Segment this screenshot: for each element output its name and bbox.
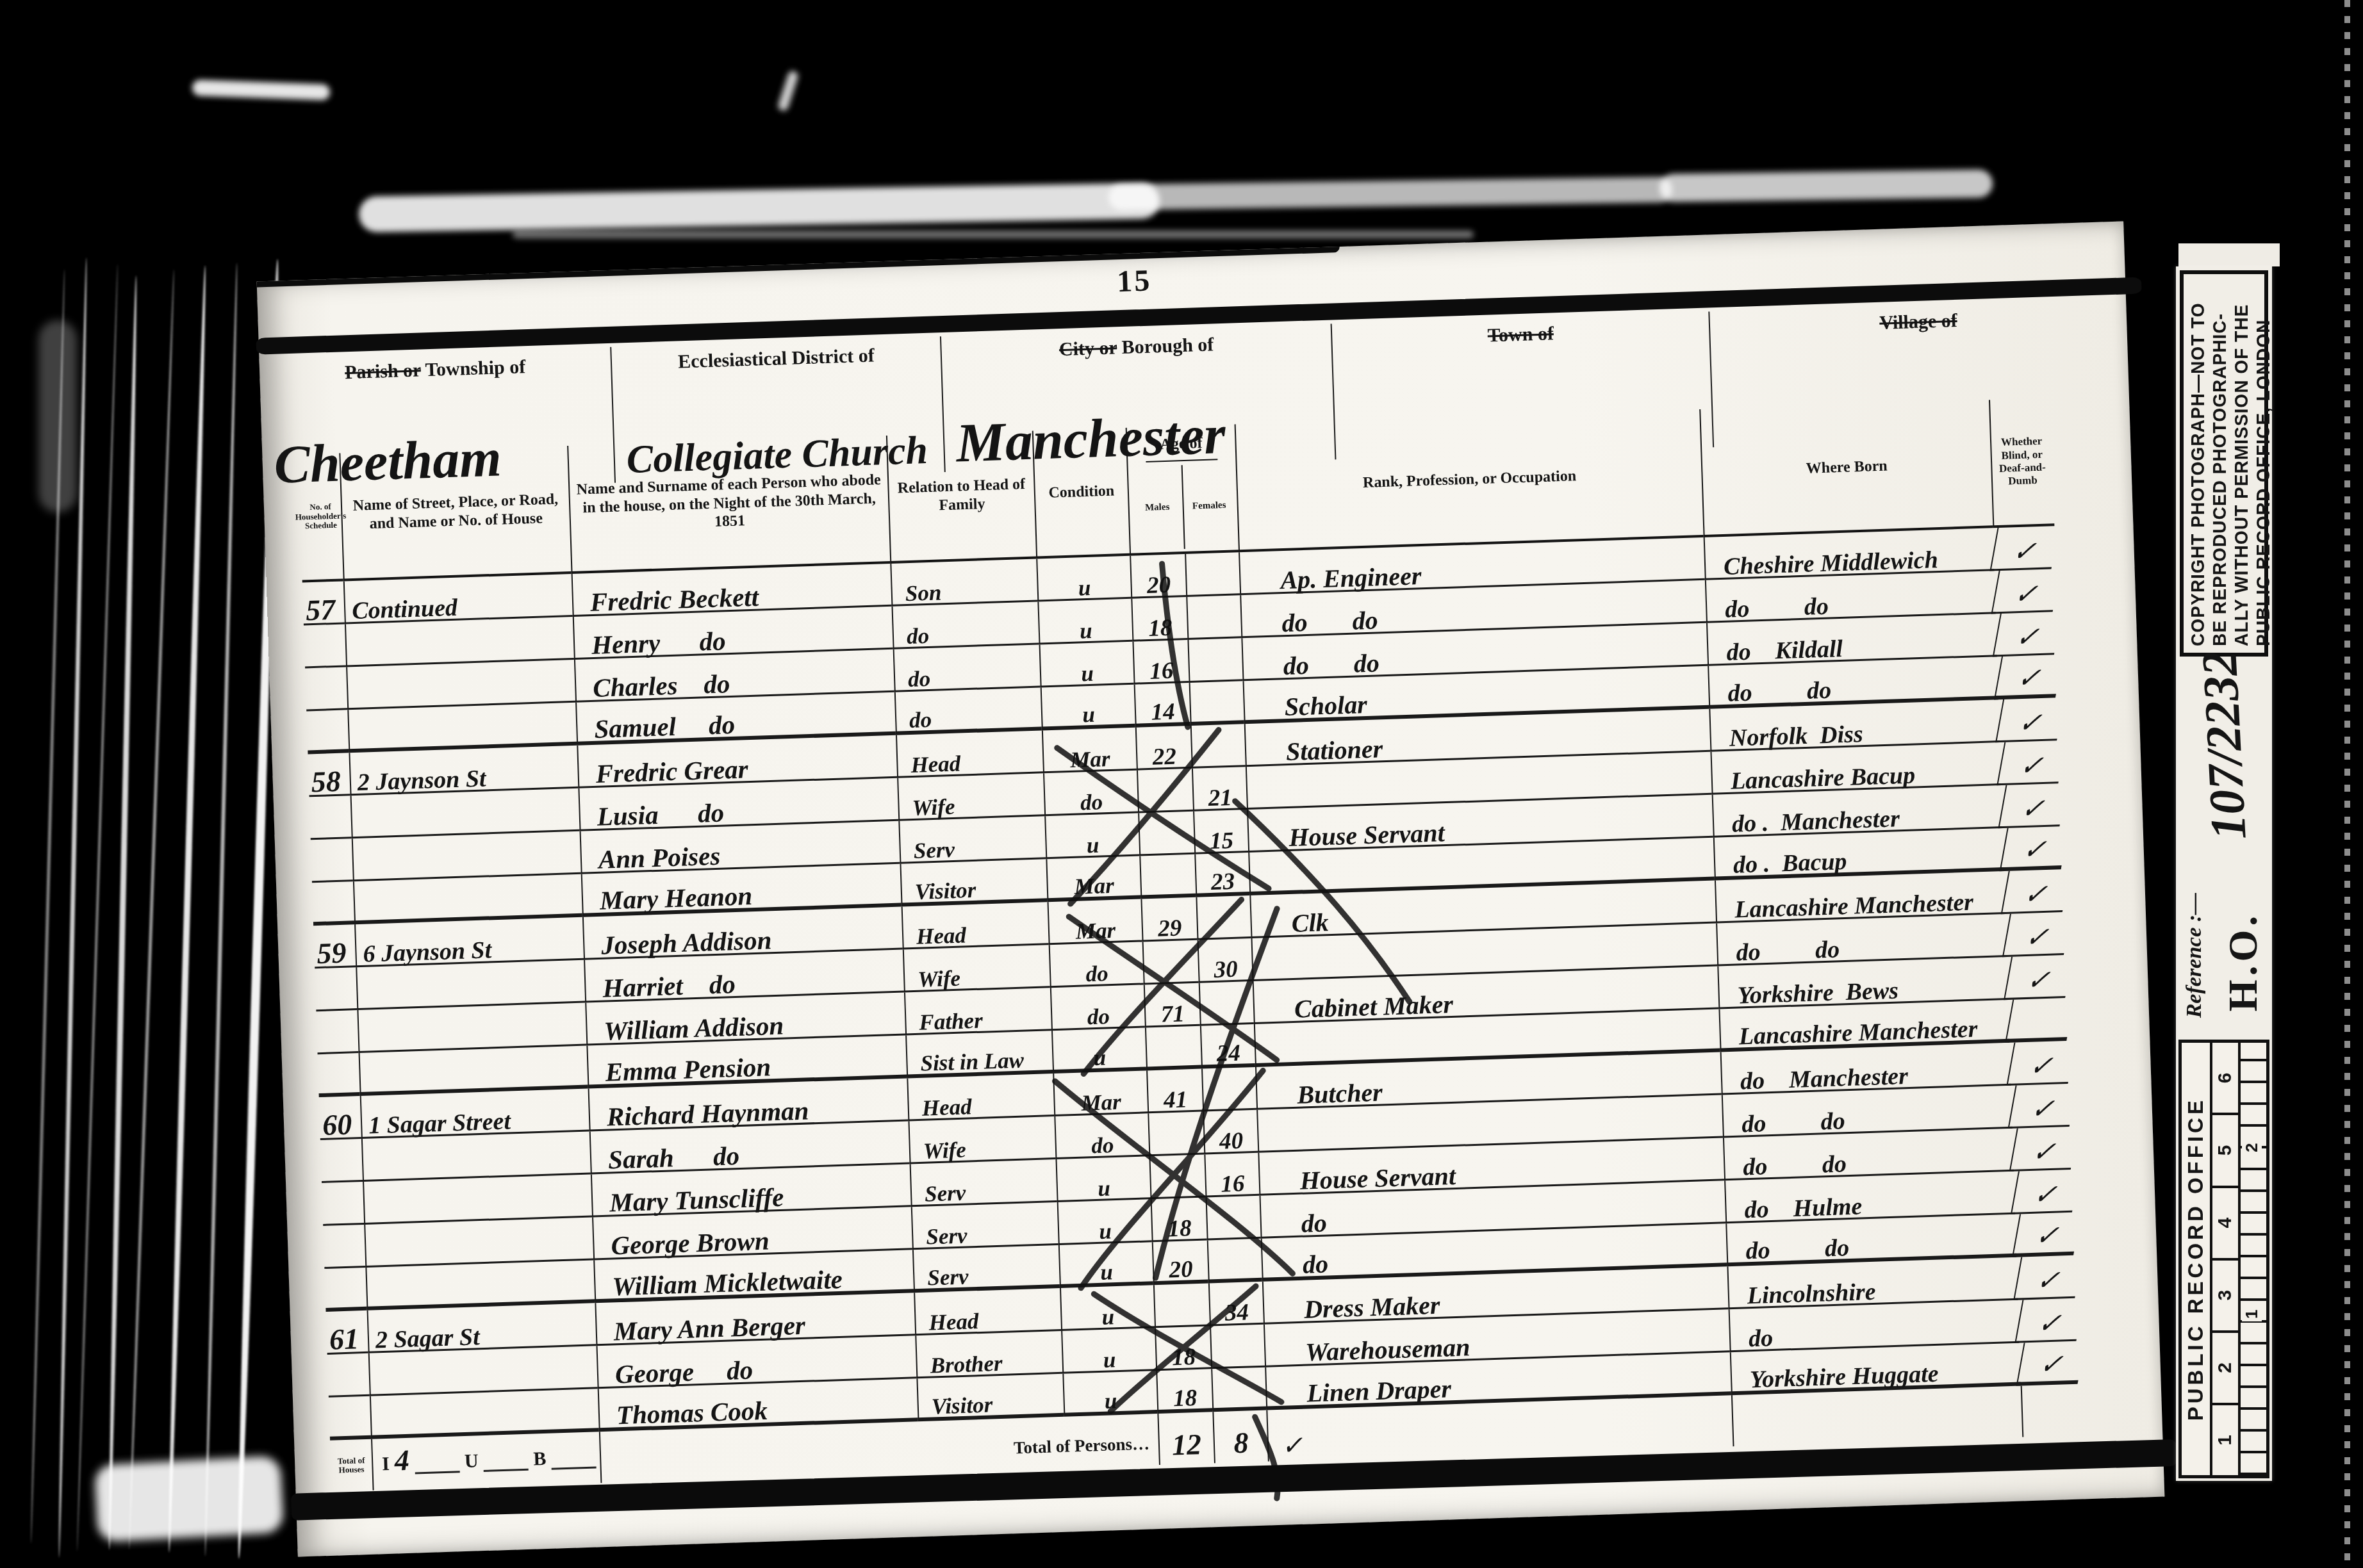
row-tick: ✓ [2001, 869, 2070, 915]
schedule-number [324, 1268, 366, 1312]
street-name [350, 788, 580, 838]
reference-section: Reference :— H.O. [2176, 840, 2272, 1037]
street-name [368, 1346, 598, 1396]
condition: u [1058, 1242, 1153, 1288]
schedule-number: 61 [326, 1311, 368, 1355]
reference-label: Reference :— [2182, 893, 2207, 1018]
row-tick: ✓ [1995, 698, 2064, 743]
age-female [1201, 1067, 1256, 1112]
row-tick: ✓ [2016, 1341, 2086, 1386]
total-males: 12 [1157, 1412, 1214, 1465]
census-page: 15 Parish or Township of Cheetham Eccles… [257, 221, 2165, 1556]
street-name: Continued [343, 574, 573, 624]
schedule-number: 58 [308, 753, 350, 797]
total-houses-values: I4 U B [371, 1432, 600, 1490]
page-top-edge [257, 247, 1340, 288]
row-tick: ✓ [2002, 912, 2071, 958]
age-female: 15 [1193, 810, 1248, 854]
schedule-number [305, 667, 347, 711]
page-number: 15 [1116, 263, 1152, 299]
street-name [353, 874, 582, 924]
row-tick: ✓ [1993, 612, 2062, 657]
borough-label: City or Borough of [941, 330, 1331, 364]
col-occupation: Rank, Profession, or Occupation [1235, 409, 1704, 552]
schedule-number [311, 838, 353, 883]
schedule-number: 60 [319, 1096, 361, 1140]
schedule-number [323, 1225, 365, 1269]
relation: Serv [910, 1159, 1057, 1207]
condition: u [1037, 599, 1132, 645]
row-tick [2005, 998, 2074, 1043]
condition: do [1050, 984, 1145, 1031]
reference-number: 107/2232 [2176, 660, 2272, 840]
age-female [1206, 1196, 1261, 1241]
schedule-number [316, 1010, 358, 1054]
condition: u [1051, 1027, 1146, 1074]
age-male [1138, 812, 1194, 856]
row-tick: ✓ [2009, 1126, 2079, 1172]
copyright-notice: COPYRIGHT PHOTOGRAPH—NOT TO BE REPRODUCE… [2180, 270, 2268, 657]
age-female [1207, 1239, 1262, 1284]
parish-label: Parish or Township of [259, 354, 611, 387]
age-male [1142, 940, 1199, 985]
relation: Visitor [900, 859, 1047, 906]
age-female [1187, 638, 1242, 683]
condition: u [1044, 813, 1139, 860]
relation: do [891, 601, 1039, 649]
relation: Head [896, 730, 1043, 778]
relation: do [893, 644, 1041, 692]
age-female [1190, 724, 1246, 769]
row-tick: ✓ [2011, 1169, 2080, 1214]
age-male [1148, 1112, 1204, 1157]
total-females: 8 [1212, 1410, 1268, 1464]
pro-ruler: PUBLIC RECORD OFFICE 1 2 3 4 5 6 1 2 [2178, 1040, 2269, 1478]
col-name: Name and Surname of each Person who abod… [567, 436, 890, 574]
condition: do [1043, 771, 1138, 817]
age-female [1211, 1368, 1266, 1412]
condition: u [1061, 1328, 1156, 1374]
street-name [359, 1046, 588, 1096]
condition: u [1060, 1285, 1155, 1331]
film-smudge [359, 183, 1160, 233]
age-male: 29 [1140, 897, 1197, 942]
street-name: 2 Jaynson St [349, 746, 578, 796]
age-male: 18 [1156, 1369, 1212, 1414]
age-male: 14 [1134, 683, 1190, 728]
condition: Mar [1046, 856, 1140, 902]
houses-count: 4 [394, 1442, 410, 1477]
relation: Head [902, 902, 1049, 949]
film-smudge [192, 79, 331, 100]
street-name: 6 Jaynson St [354, 917, 584, 967]
age-female: 16 [1204, 1153, 1259, 1198]
row-tick: ✓ [1994, 655, 2063, 700]
card-top-tab [2178, 243, 2280, 266]
street-name [346, 660, 575, 710]
row-tick: ✓ [1991, 569, 2061, 614]
condition: u [1041, 685, 1135, 731]
condition: u [1055, 1156, 1150, 1202]
age-female [1185, 552, 1240, 597]
condition: do [1049, 942, 1144, 988]
schedule-number [312, 881, 354, 926]
ruler-inches: 1 2 3 4 5 6 [2212, 1043, 2241, 1475]
age-female: 34 [1208, 1282, 1264, 1327]
condition: u [1062, 1371, 1157, 1417]
schedule-number [309, 796, 352, 840]
age-male: 22 [1135, 726, 1192, 771]
street-name [370, 1389, 599, 1439]
relation: Wife [903, 945, 1050, 992]
ho-stamp: H.O. [2219, 912, 2267, 1012]
age-female [1196, 895, 1251, 940]
street-name [356, 960, 585, 1010]
relation: Wife [908, 1116, 1055, 1164]
pro-card: PUBLIC RECORD OFFICE 1 2 3 4 5 6 1 2 Ref… [2176, 266, 2272, 1481]
age-female: 40 [1203, 1110, 1258, 1155]
street-name [361, 1132, 591, 1182]
relation: Serv [912, 1245, 1060, 1293]
row-tick: ✓ [2000, 826, 2069, 872]
film-smudge [1108, 177, 1672, 210]
col-street: Name of Street, Place, or Road, and Name… [339, 446, 571, 581]
condition: u [1036, 556, 1131, 602]
census-rows: 57 Continued Fredric Beckett Son u 20 Ap… [302, 526, 2082, 1441]
condition: u [1039, 642, 1134, 688]
schedule-number [318, 1053, 360, 1097]
age-male [1139, 854, 1196, 899]
schedule-number [306, 710, 349, 754]
age-male: 18 [1131, 597, 1187, 642]
street-name [365, 1260, 595, 1310]
condition: Mar [1042, 728, 1137, 774]
schedule-number [315, 967, 357, 1011]
row-tick: ✓ [1998, 783, 2067, 829]
census-table: No. of Householder's Schedule Name of St… [298, 398, 2084, 1491]
age-female: 30 [1198, 938, 1253, 983]
street-name [345, 617, 574, 667]
book-page-edge [166, 265, 208, 1552]
condition: Mar [1053, 1070, 1148, 1116]
relation: Father [904, 988, 1051, 1035]
col-infirm: Whether Blind, or Deaf-and-Dumb [1989, 398, 2054, 528]
total-houses-label: Total of Houses [330, 1439, 373, 1492]
col-condition: Condition [1032, 428, 1130, 559]
relation: Head [914, 1288, 1061, 1335]
schedule-number: 57 [302, 581, 345, 625]
age-female: 24 [1200, 1024, 1255, 1069]
age-female: 21 [1192, 767, 1247, 812]
age-male: 18 [1155, 1326, 1211, 1371]
film-smudge [1659, 169, 1993, 202]
row-tick: ✓ [2012, 1212, 2081, 1257]
age-male: 71 [1144, 983, 1200, 1028]
row-tick: ✓ [2008, 1084, 2077, 1129]
schedule-number [304, 624, 346, 668]
street-name: 1 Sagar Street [360, 1089, 589, 1139]
street-name [357, 1003, 586, 1053]
age-male: 41 [1146, 1069, 1203, 1114]
book-page-edge [203, 263, 238, 1556]
row-tick: ✓ [2004, 955, 2073, 1000]
film-scan-frame: { "film": { "page_number": "15" }, "head… [0, 0, 2363, 1568]
age-male: 20 [1152, 1240, 1208, 1285]
book-edge-highlight [94, 1455, 284, 1542]
village-label: Village of [1710, 304, 2127, 339]
age-male: 16 [1132, 640, 1189, 685]
street-name [364, 1217, 593, 1267]
row-tick: ✓ [1997, 740, 2066, 786]
relation: Sist in Law [905, 1031, 1053, 1078]
col-age: Age of MalesFemales [1126, 424, 1239, 555]
relation: do [894, 687, 1042, 735]
relation: Serv [911, 1202, 1058, 1250]
relation: Visitor [916, 1374, 1064, 1421]
row-tick: ✓ [2014, 1298, 2084, 1343]
condition: Mar [1048, 899, 1142, 945]
col-schedule: No. of Householder's Schedule [298, 453, 343, 583]
film-smudge [513, 231, 1474, 238]
book-edge-highlight [38, 320, 77, 512]
street-name [352, 831, 581, 881]
relation: Son [890, 559, 1037, 607]
ruler-centimetres: 1 2 [2241, 1043, 2266, 1475]
film-smudge [777, 70, 800, 112]
age-male [1149, 1155, 1205, 1200]
age-female [1210, 1325, 1265, 1369]
schedule-number [320, 1139, 363, 1183]
schedule-number: 59 [313, 924, 356, 968]
row-tick: ✓ [2006, 1041, 2075, 1086]
street-name [363, 1174, 592, 1224]
age-male [1145, 1026, 1201, 1071]
schedule-number [327, 1353, 370, 1398]
book-page-edge [128, 270, 176, 1550]
age-female [1186, 595, 1241, 640]
relation: Serv [898, 816, 1046, 863]
schedule-number [322, 1182, 364, 1226]
film-sprocket-edge [2344, 0, 2350, 1568]
row-tick: ✓ [2013, 1255, 2082, 1300]
age-female [1189, 681, 1244, 726]
town-label: Town of [1332, 318, 1709, 352]
age-male: 18 [1151, 1198, 1207, 1243]
relation: Head [907, 1074, 1054, 1121]
schedule-number [329, 1396, 371, 1441]
relation: Wife [897, 773, 1044, 821]
street-name: 2 Sagar St [367, 1303, 597, 1353]
row-tick: ✓ [1989, 526, 2059, 571]
condition: do [1054, 1113, 1149, 1159]
district-label: Ecclesiastical District of [612, 343, 941, 375]
condition: u [1057, 1199, 1152, 1245]
age-female: 23 [1194, 853, 1249, 897]
age-male [1153, 1283, 1210, 1328]
age-male [1137, 769, 1193, 813]
pro-office-name: PUBLIC RECORD OFFICE [2182, 1043, 2212, 1475]
col-born: Where Born [1699, 400, 1993, 537]
relation: Brother [915, 1331, 1062, 1378]
street-name [347, 703, 577, 753]
col-relation: Relation to Head of Family [886, 431, 1036, 564]
age-female [1199, 981, 1254, 1026]
age-male: 20 [1130, 554, 1186, 599]
